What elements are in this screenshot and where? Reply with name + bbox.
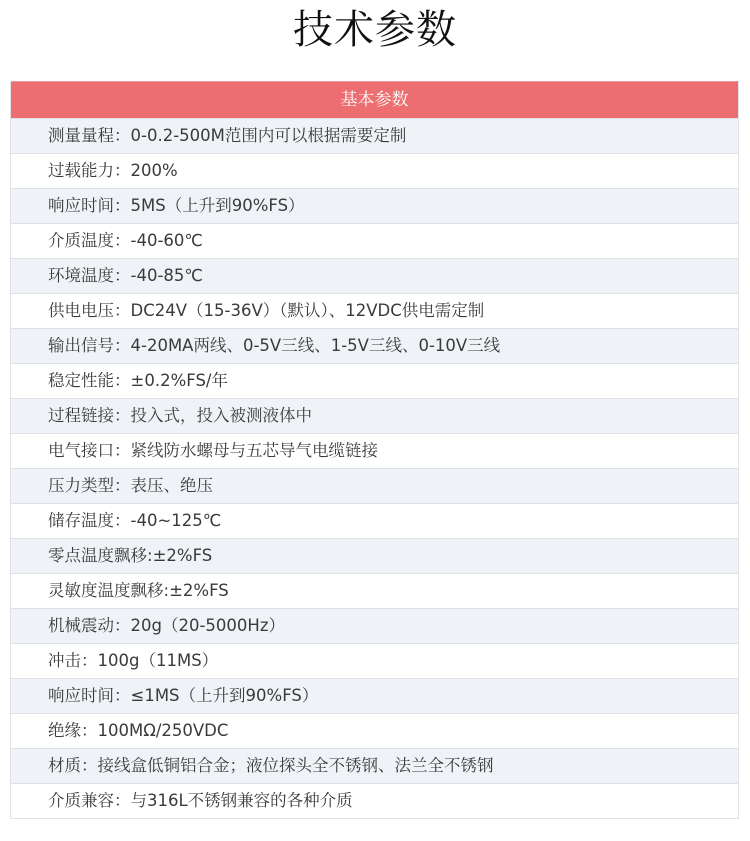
spec-label: 供电电压 <box>48 301 114 320</box>
spec-value: -40~125℃ <box>131 511 222 530</box>
spec-row: 测量量程：0-0.2-500M范围内可以根据需要定制 <box>11 118 738 153</box>
spec-value: 表压、绝压 <box>131 476 214 495</box>
spec-separator: ： <box>114 266 131 285</box>
spec-separator: ： <box>114 476 131 495</box>
spec-value: 20g（20-5000Hz） <box>131 616 285 635</box>
spec-label: 材质 <box>48 756 81 775</box>
spec-separator: ： <box>114 126 131 145</box>
spec-row: 材质：接线盒低铜铝合金；液位探头全不锈钢、法兰全不锈钢 <box>11 748 738 783</box>
spec-row: 过程链接：投入式，投入被测液体中 <box>11 398 738 433</box>
spec-separator: ： <box>114 196 131 215</box>
spec-row: 输出信号：4-20MA两线、0-5V三线、1-5V三线、0-10V三线 <box>11 328 738 363</box>
spec-separator: ： <box>114 441 131 460</box>
spec-separator: ： <box>114 616 131 635</box>
spec-row: 储存温度：-40~125℃ <box>11 503 738 538</box>
spec-label: 测量量程 <box>48 126 114 145</box>
spec-row: 过载能力：200% <box>11 153 738 188</box>
spec-label: 输出信号 <box>48 336 114 355</box>
spec-separator: ： <box>114 791 131 810</box>
spec-label: 储存温度 <box>48 511 114 530</box>
spec-value: -40-60℃ <box>131 231 203 250</box>
spec-value: 100g（11MS） <box>98 651 219 670</box>
spec-row: 机械震动：20g（20-5000Hz） <box>11 608 738 643</box>
spec-separator: ： <box>114 686 131 705</box>
table-header: 基本参数 <box>11 81 738 118</box>
spec-separator: ： <box>114 511 131 530</box>
spec-table: 基本参数 测量量程：0-0.2-500M范围内可以根据需要定制过载能力：200%… <box>10 81 739 819</box>
spec-label: 响应时间 <box>48 686 114 705</box>
spec-row: 电气接口：紧线防水螺母与五芯导气电缆链接 <box>11 433 738 468</box>
spec-label: 压力类型 <box>48 476 114 495</box>
spec-label: 过载能力 <box>48 161 114 180</box>
spec-row: 压力类型：表压、绝压 <box>11 468 738 503</box>
spec-separator: ： <box>114 231 131 250</box>
spec-label: 冲击 <box>48 651 81 670</box>
spec-value: ≤1MS（上升到90%FS） <box>131 686 319 705</box>
spec-label: 稳定性能 <box>48 371 114 390</box>
spec-value: 与316L不锈钢兼容的各种介质 <box>131 791 353 810</box>
spec-value: 100MΩ/250VDC <box>98 721 229 740</box>
spec-value: 0-0.2-500M范围内可以根据需要定制 <box>131 126 407 145</box>
spec-separator: ： <box>114 301 131 320</box>
spec-label: 绝缘 <box>48 721 81 740</box>
spec-label: 环境温度 <box>48 266 114 285</box>
spec-value: 200% <box>131 161 178 180</box>
spec-value: ±2%FS <box>169 581 229 600</box>
spec-value: 投入式，投入被测液体中 <box>131 406 313 425</box>
spec-separator: ： <box>114 406 131 425</box>
spec-value: ±2%FS <box>153 546 213 565</box>
spec-rows: 测量量程：0-0.2-500M范围内可以根据需要定制过载能力：200%响应时间：… <box>11 118 738 818</box>
spec-separator: ： <box>81 721 98 740</box>
spec-row: 零点温度飘移:±2%FS <box>11 538 738 573</box>
spec-row: 响应时间：5MS（上升到90%FS） <box>11 188 738 223</box>
spec-label: 零点温度飘移 <box>48 546 147 565</box>
spec-label: 灵敏度温度飘移 <box>48 581 164 600</box>
spec-row: 供电电压：DC24V（15-36V）（默认）、12VDC供电需定制 <box>11 293 738 328</box>
spec-label: 过程链接 <box>48 406 114 425</box>
spec-row: 稳定性能：±0.2%FS/年 <box>11 363 738 398</box>
spec-row: 灵敏度温度飘移:±2%FS <box>11 573 738 608</box>
spec-value: 5MS（上升到90%FS） <box>131 196 305 215</box>
spec-separator: ： <box>81 756 98 775</box>
spec-value: 4-20MA两线、0-5V三线、1-5V三线、0-10V三线 <box>131 336 501 355</box>
spec-label: 介质温度 <box>48 231 114 250</box>
spec-value: 紧线防水螺母与五芯导气电缆链接 <box>131 441 379 460</box>
spec-value: -40-85℃ <box>131 266 203 285</box>
spec-value: ±0.2%FS/年 <box>131 371 228 390</box>
spec-value: DC24V（15-36V）（默认）、12VDC供电需定制 <box>131 301 485 320</box>
spec-value: 接线盒低铜铝合金；液位探头全不锈钢、法兰全不锈钢 <box>98 756 494 775</box>
spec-label: 响应时间 <box>48 196 114 215</box>
spec-label: 机械震动 <box>48 616 114 635</box>
spec-label: 介质兼容 <box>48 791 114 810</box>
spec-row: 介质兼容：与316L不锈钢兼容的各种介质 <box>11 783 738 818</box>
spec-separator: ： <box>114 161 131 180</box>
spec-separator: ： <box>81 651 98 670</box>
spec-row: 冲击：100g（11MS） <box>11 643 738 678</box>
spec-separator: ： <box>114 336 131 355</box>
spec-row: 响应时间：≤1MS（上升到90%FS） <box>11 678 738 713</box>
spec-row: 介质温度：-40-60℃ <box>11 223 738 258</box>
spec-row: 绝缘：100MΩ/250VDC <box>11 713 738 748</box>
spec-label: 电气接口 <box>48 441 114 460</box>
page-title: 技术参数 <box>0 6 750 54</box>
spec-separator: ： <box>114 371 131 390</box>
spec-row: 环境温度：-40-85℃ <box>11 258 738 293</box>
